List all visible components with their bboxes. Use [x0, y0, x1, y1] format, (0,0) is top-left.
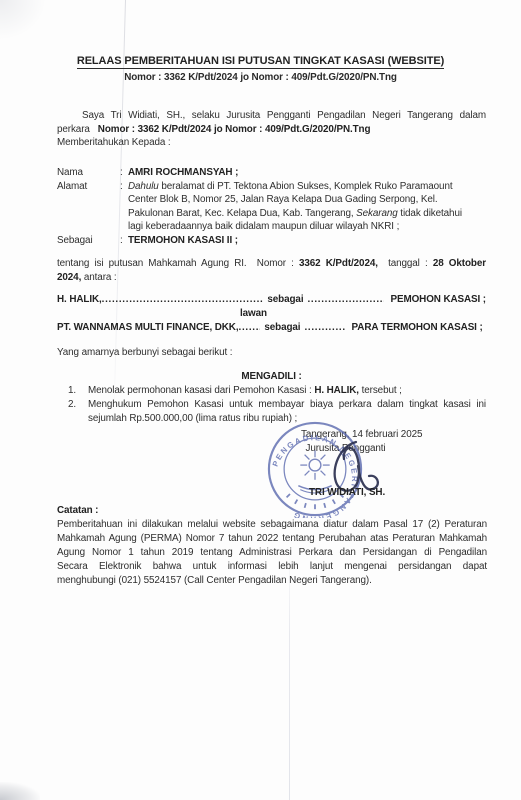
- recipient-capacity-row: Sebagai : TERMOHON KASASI II ;: [57, 234, 486, 248]
- versus-label: lawan: [57, 307, 486, 321]
- notes-paragraph: Pemberitahuan ini dilakukan melalui webs…: [57, 518, 487, 588]
- intro-line-1: Saya Tri Widiati, SH., selaku Jurusita P…: [57, 109, 486, 123]
- intro-paragraph: Saya Tri Widiati, SH., selaku Jurusita P…: [57, 109, 486, 150]
- address-label: Alamat: [57, 180, 120, 194]
- petitioner-name: H. HALIK,: [57, 293, 102, 307]
- capacity-label: Sebagai: [57, 234, 120, 248]
- intro-line-3: Memberitahukan Kepada :: [57, 136, 486, 150]
- respondent-row: PT. WANNAMAS MULTI FINANCE, DKK, .......…: [57, 321, 486, 335]
- name-label: Nama: [57, 166, 120, 180]
- intro-line-2: perkaraNomor : 3362 K/Pdt/2024 jo Nomor …: [57, 123, 486, 137]
- signer-name: TRI WIDIATI, SH.: [309, 486, 385, 500]
- document-title: RELAAS PEMBERITAHUAN ISI PUTUSAN TINGKAT…: [0, 54, 521, 68]
- document-case-number: Nomor : 3362 K/Pdt/2024 jo Nomor : 409/P…: [0, 71, 521, 85]
- recipient-block: Nama : AMRI ROCHMANSYAH ; Alamat : Dahul…: [57, 166, 486, 247]
- title-block: RELAAS PEMBERITAHUAN ISI PUTUSAN TINGKAT…: [0, 54, 521, 84]
- address-value: Dahulu beralamat di PT. Tektona Abion Su…: [128, 180, 486, 234]
- dotted-leader: ........................................…: [307, 293, 384, 307]
- petitioner-role: PEMOHON KASASI ;: [384, 293, 486, 307]
- respondent-name: PT. WANNAMAS MULTI FINANCE, DKK,: [57, 321, 239, 335]
- recipient-address-row: Alamat : Dahulu beralamat di PT. Tektona…: [57, 180, 486, 234]
- name-value: AMRI ROCHMANSYAH ;: [128, 166, 486, 180]
- scanned-document-page: RELAAS PEMBERITAHUAN ISI PUTUSAN TINGKAT…: [0, 0, 521, 800]
- petitioner-row: H. HALIK, ..............................…: [57, 293, 486, 307]
- dotted-leader: ........................................…: [239, 321, 261, 335]
- scan-shadow-top-left: [0, 0, 46, 40]
- capacity-value: TERMOHON KASASI II ;: [128, 234, 486, 248]
- respondent-role: PARA TERMOHON KASASI ;: [346, 321, 483, 335]
- dotted-leader: ........................................…: [304, 321, 345, 335]
- decision-paragraph: tentang isi putusan Mahkamah Agung RI. N…: [57, 257, 486, 284]
- dotted-leader: ........................................…: [102, 293, 264, 307]
- recipient-name-row: Nama : AMRI ROCHMANSYAH ;: [57, 166, 486, 180]
- parties-block: H. HALIK, ..............................…: [57, 293, 486, 334]
- verdict-item-1: 1. Menolak permohonan kasasi dari Pemoho…: [57, 384, 486, 398]
- amar-intro: Yang amarnya berbunyi sebagai berikut :: [57, 346, 486, 360]
- decision-line-2: 2024, antara :: [57, 271, 486, 285]
- decision-line-1: tentang isi putusan Mahkamah Agung RI. N…: [57, 257, 486, 271]
- scan-shadow-bottom-left: [0, 782, 40, 800]
- verdict-heading: MENGADILI :: [57, 370, 512, 384]
